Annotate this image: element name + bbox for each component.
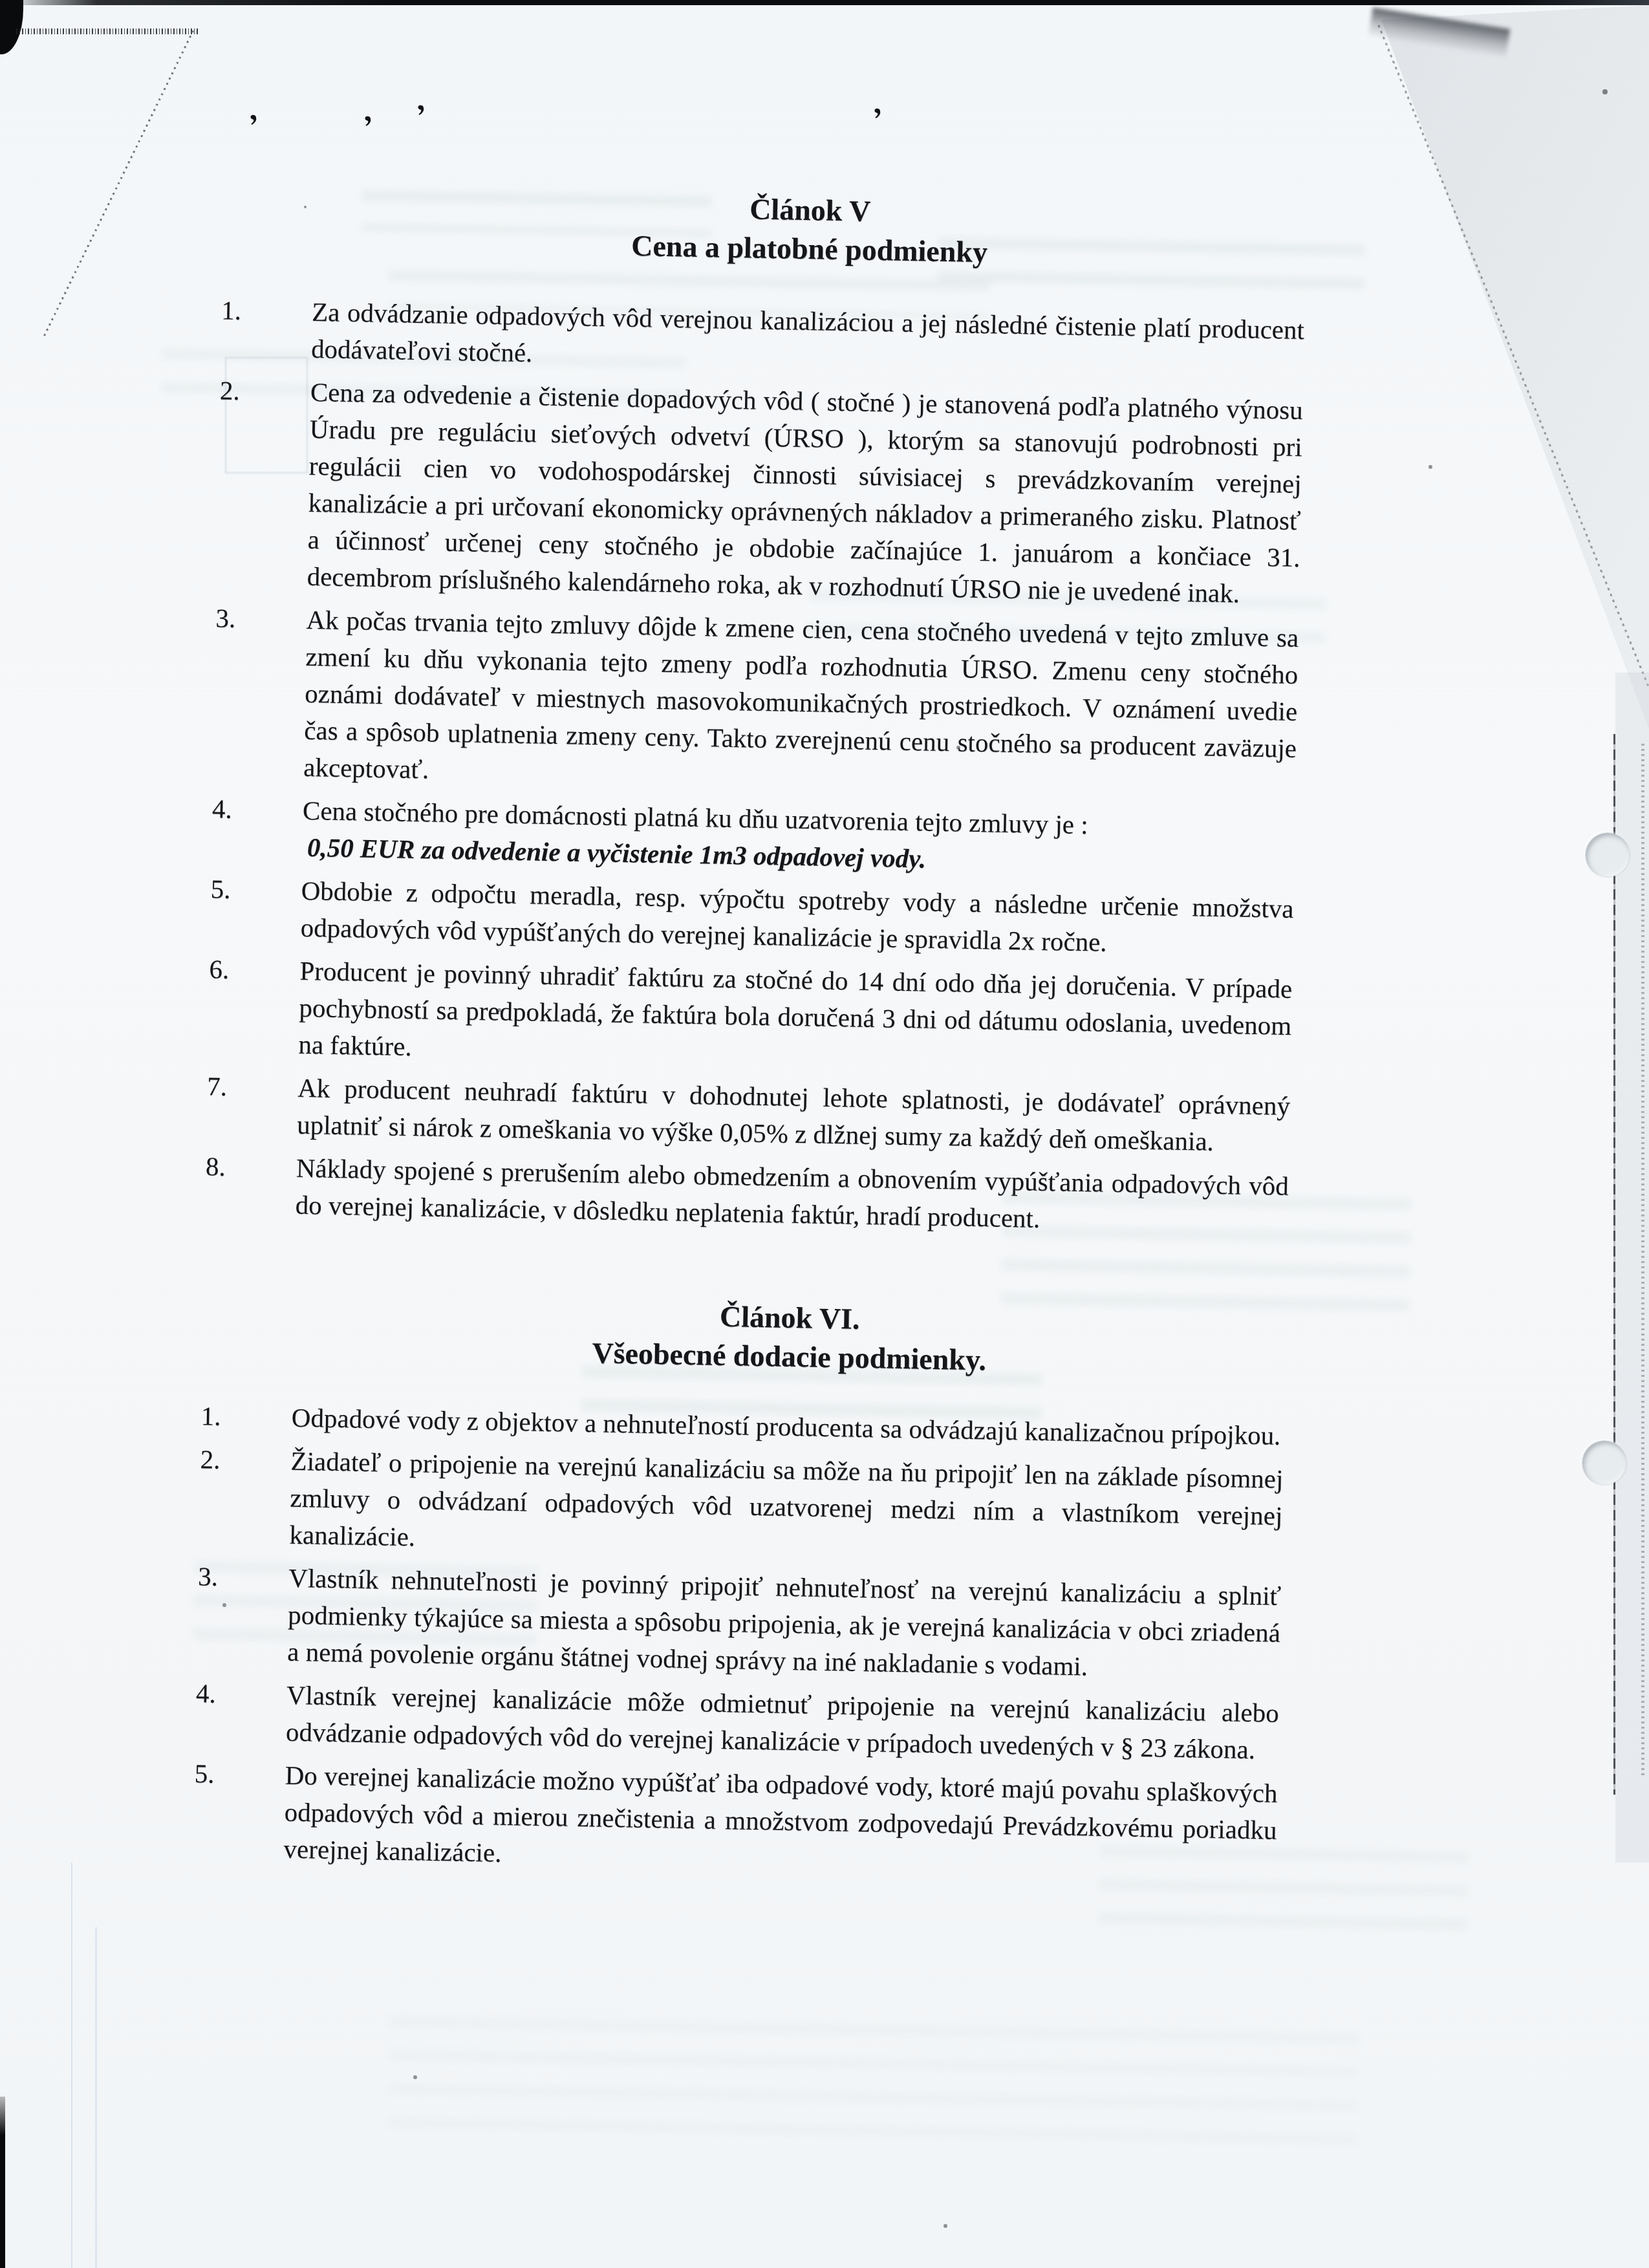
clause-text: Ak producent neuhradí faktúru v dohodnut… [297, 1073, 1291, 1156]
clause-body: Vlastník nehnuteľnosti je povinný pripoj… [287, 1560, 1282, 1689]
clause-text: Producent je povinný uhradiť faktúru za … [298, 956, 1293, 1061]
clause-body: Producent je povinný uhradiť faktúru za … [298, 953, 1293, 1081]
toner-mark: , [415, 100, 423, 102]
contract-clause: 5. Obdobie z odpočtu meradla, resp. výpo… [210, 870, 1294, 964]
clause-number: 1. [221, 292, 312, 367]
clause-number: 5. [210, 870, 301, 946]
clause-body: Náklady spojené s prerušením alebo obmed… [295, 1150, 1289, 1242]
clause-number: 3. [197, 1558, 289, 1670]
section-clanok-vi: Článok VI. Všeobecné dodacie podmienky. … [193, 1288, 1286, 1886]
clause-text: Náklady spojené s prerušením alebo obmed… [295, 1153, 1289, 1233]
paper-fiber-line [71, 1863, 72, 2268]
clause-text: Ak počas trvania tejto zmluvy dôjde k zm… [303, 605, 1299, 784]
clause-text: Žiadateľ o pripojenie na verejnú kanaliz… [289, 1446, 1284, 1552]
numbered-clause-list: 1. Za odvádzanie odpadových vôd verejnou… [204, 292, 1304, 1241]
fold-crease-line-right [1377, 25, 1649, 689]
contract-clause: 4. Vlastník verejnej kanalizácie môže od… [195, 1675, 1279, 1769]
clause-number: 2. [216, 372, 310, 595]
clause-number: 1. [200, 1398, 292, 1436]
contract-clause: 6. Producent je povinný uhradiť faktúru … [208, 951, 1293, 1081]
hole-punch [1582, 1441, 1626, 1485]
clause-body: Žiadateľ o pripojenie na verejnú kanaliz… [289, 1443, 1284, 1571]
fold-crease-line-left [43, 30, 194, 338]
toner-speck-line [16, 28, 199, 34]
clause-body: Obdobie z odpočtu meradla, resp. výpočtu… [300, 872, 1294, 964]
paper-edge-line [1613, 734, 1615, 1795]
clause-number: 4. [211, 790, 303, 866]
paper-edge-texture [1641, 744, 1644, 1778]
contract-clause: 4. Cena stočného pre domácnosti platná k… [211, 790, 1295, 884]
clause-body: Ak počas trvania tejto zmluvy dôjde k zm… [303, 601, 1299, 804]
contract-clause: 3. Ak počas trvania tejto zmluvy dôjde k… [213, 599, 1299, 804]
clause-body: Ak producent neuhradí faktúru v dohodnut… [297, 1070, 1291, 1161]
contract-page-body: Článok V Cena a platobné podmienky 1. Za… [193, 180, 1307, 1892]
contract-clause: 2. Žiadateľ o pripojenie na verejnú kana… [199, 1441, 1284, 1571]
scanner-edge-bottom-left [0, 2097, 5, 2268]
clause-body: Cena stočného pre domácnosti platná ku d… [301, 792, 1295, 884]
clause-number: 8. [204, 1148, 296, 1224]
clause-text: Obdobie z odpočtu meradla, resp. výpočtu… [300, 876, 1294, 957]
clause-number: 7. [206, 1068, 298, 1143]
contract-clause: 3. Vlastník nehnuteľnosti je povinný pri… [197, 1558, 1282, 1689]
clause-body: Vlastník verejnej kanalizácie môže odmie… [285, 1677, 1279, 1769]
contract-clause: 7. Ak producent neuhradí faktúru v dohod… [206, 1068, 1291, 1161]
contract-clause: 8. Náklady spojené s prerušením alebo ob… [204, 1148, 1289, 1242]
scanner-corner-top-left [0, 0, 23, 54]
numbered-clause-list: 1. Odpadové vody z objektov a nehnuteľno… [193, 1398, 1284, 1886]
clause-number: 3. [213, 599, 307, 786]
toner-mark: , [248, 109, 255, 111]
contract-clause: 5. Do verejnej kanalizácie možno vypúšťa… [193, 1755, 1278, 1886]
clause-text: Do verejnej kanalizácie možno vypúšťať i… [283, 1760, 1278, 1868]
clause-number: 4. [195, 1675, 286, 1751]
clause-number: 5. [193, 1755, 285, 1868]
contract-clause: 2. Cena za odvedenie a čistenie dopadový… [216, 372, 1303, 613]
paper-fiber-line [95, 1927, 97, 2268]
clause-number: 2. [199, 1441, 291, 1553]
clause-text: Vlastník verejnej kanalizácie môže odmie… [286, 1680, 1280, 1764]
section-clanok-v: Článok V Cena a platobné podmienky 1. Za… [204, 180, 1306, 1242]
scanner-edge-top [0, 0, 1649, 5]
clause-body: Do verejnej kanalizácie možno vypúšťať i… [283, 1757, 1278, 1886]
scanned-contract-page: { "document": { "sections": [ { "heading… [0, 0, 1649, 2268]
hole-punch [1586, 833, 1630, 877]
toner-mark: , [872, 103, 879, 105]
folded-corner-shadow [1358, 5, 1649, 729]
fold-dark-smudge [1368, 7, 1511, 58]
clause-text: Cena za odvedenie a čistenie dopadových … [307, 377, 1303, 608]
bleed-through-smudge [387, 2016, 1359, 2152]
clause-number: 6. [208, 951, 300, 1063]
clause-body: Cena za odvedenie a čistenie dopadových … [307, 374, 1303, 613]
toner-mark: , [362, 111, 370, 113]
paper-edge-shade [1615, 673, 1649, 1863]
clause-text: Vlastník nehnuteľnosti je povinný pripoj… [287, 1563, 1282, 1681]
